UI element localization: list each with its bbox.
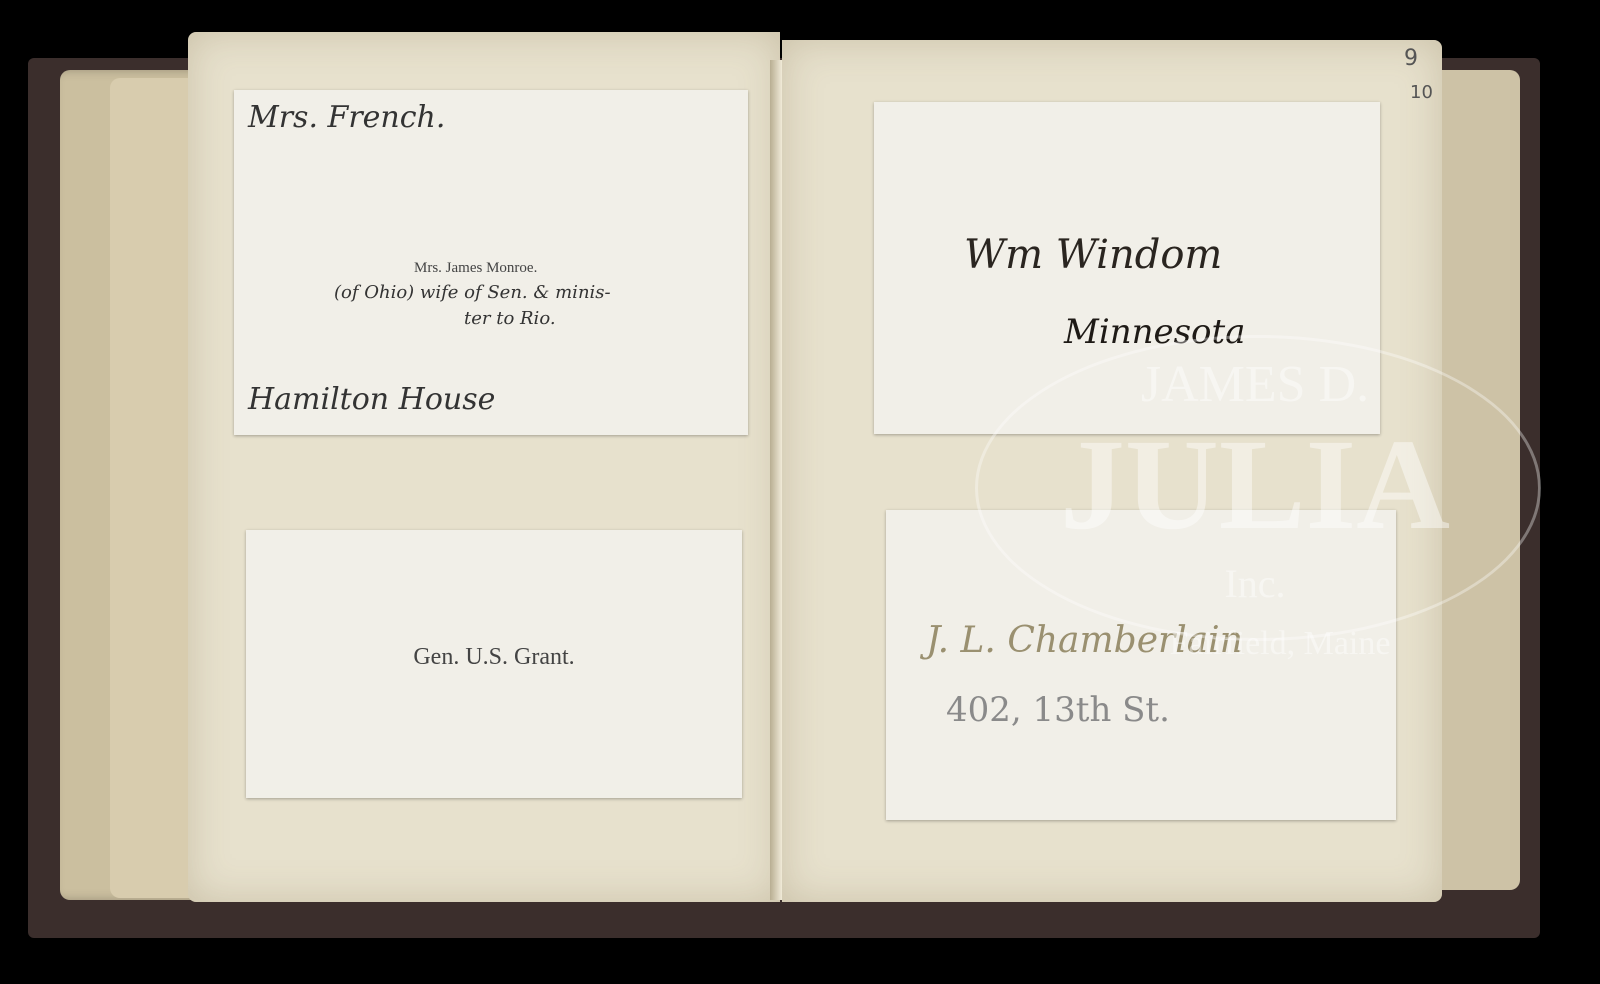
page-number: 9 <box>1404 46 1418 71</box>
signature-windom: Wm Windom <box>964 232 1222 278</box>
watermark-line2: JULIA <box>975 410 1535 560</box>
card-grant: Gen. U.S. Grant. <box>246 530 742 798</box>
handwritten-hamilton-house: Hamilton House <box>248 382 495 417</box>
handwritten-note-1: (of Ohio) wife of Sen. & minis- <box>334 282 611 303</box>
left-page: Mrs. French. Mrs. James Monroe. (of Ohio… <box>188 32 780 902</box>
handwritten-note-2: ter to Rio. <box>464 308 556 329</box>
card-mrs-monroe: Mrs. French. Mrs. James Monroe. (of Ohio… <box>234 90 748 435</box>
watermark-line1: JAMES D. <box>975 355 1535 414</box>
address: 402, 13th St. <box>946 690 1170 730</box>
printed-name: Mrs. James Monroe. <box>414 260 537 277</box>
watermark-line4: Fairfield, Maine <box>1080 625 1480 663</box>
next-page-number: 10 <box>1410 82 1433 103</box>
printed-grant: Gen. U.S. Grant. <box>246 644 742 671</box>
handwritten-mrs-french: Mrs. French. <box>248 100 445 135</box>
watermark-line3: Inc. <box>975 560 1535 607</box>
